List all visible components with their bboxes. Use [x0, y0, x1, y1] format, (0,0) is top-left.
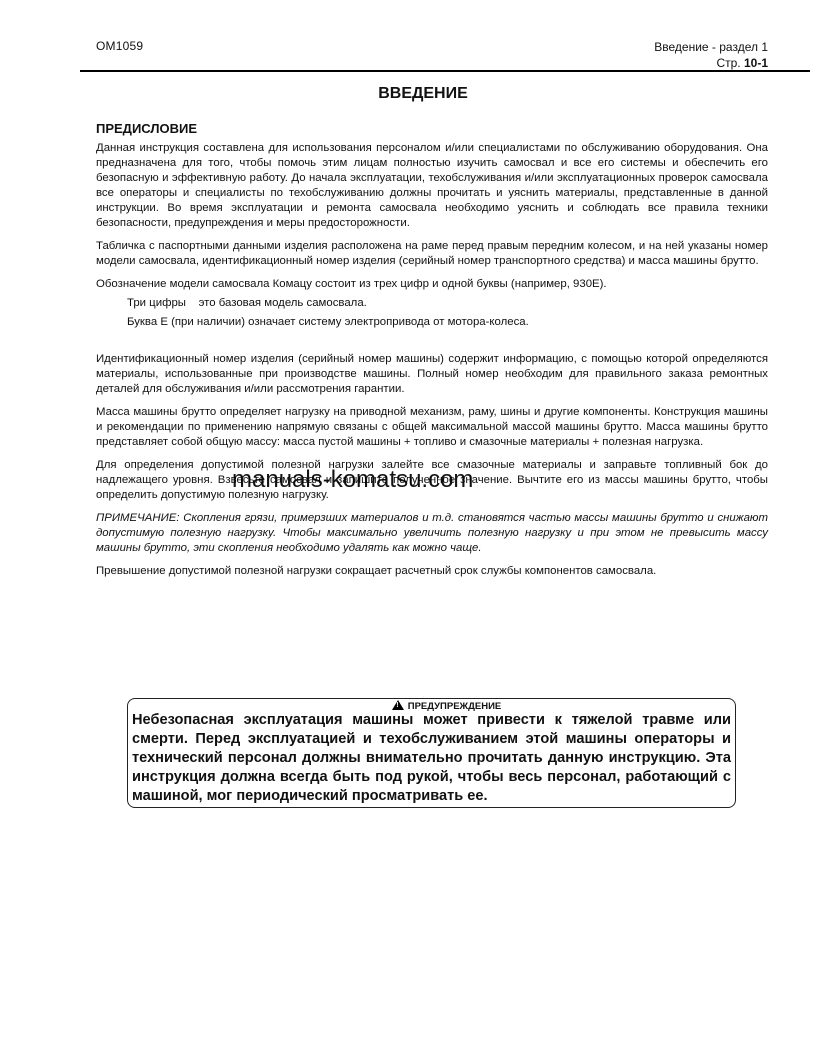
page-number-line: Стр. 10-1	[654, 55, 768, 71]
page-number: 10-1	[744, 56, 768, 70]
note-paragraph: ПРИМЕЧАНИЕ: Скопления грязи, примерзших …	[96, 511, 768, 556]
paragraph: Данная инструкция составлена для использ…	[96, 141, 768, 231]
model-item: Буква E (при наличии) означает систему э…	[127, 315, 768, 330]
paragraph: Превышение допустимой полезной нагрузки …	[96, 564, 768, 579]
paragraph: Обозначение модели самосвала Комацу сост…	[96, 277, 768, 292]
page-title: ВВЕДЕНИЕ	[0, 85, 816, 103]
paragraph: Масса машины брутто определяет нагрузку …	[96, 405, 768, 450]
page-prefix: Стр.	[716, 56, 740, 70]
document-code: OM1059	[96, 39, 143, 53]
foreword-section: ПРЕДИСЛОВИЕ Данная инструкция составлена…	[96, 121, 768, 587]
warning-text: Небезопасная эксплуатация машины может п…	[132, 711, 731, 806]
section-label: Введение - раздел 1	[654, 39, 768, 55]
model-item: Три цифры это базовая модель самосвала.	[127, 296, 768, 311]
warning-box: ПРЕДУПРЕЖДЕНИЕ Небезопасная эксплуатация…	[127, 698, 736, 808]
spacer	[96, 334, 768, 352]
paragraph: Табличка с паспортными данными изделия р…	[96, 239, 768, 269]
warning-triangle-icon	[392, 700, 404, 710]
watermark: manuals-komatsu.com	[232, 466, 473, 494]
section-heading: ПРЕДИСЛОВИЕ	[96, 121, 768, 136]
header-rule	[80, 70, 810, 72]
page-header-right: Введение - раздел 1 Стр. 10-1	[654, 39, 768, 71]
paragraph: Идентификационный номер изделия (серийны…	[96, 352, 768, 397]
